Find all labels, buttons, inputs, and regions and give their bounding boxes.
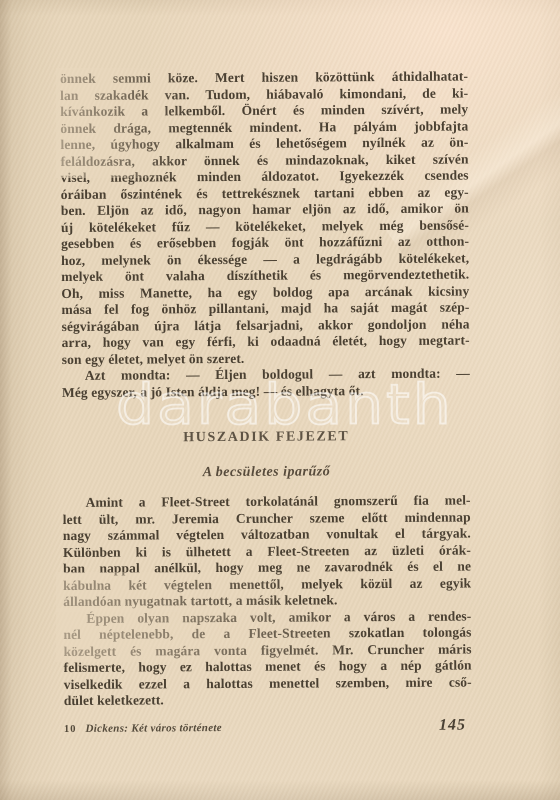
text-line: visel, meghoznék minden áldozatot. Igyek…	[61, 168, 469, 187]
text-line: kívánkozik a lelkemből. Önért és minden …	[60, 102, 468, 121]
page-number: 145	[439, 716, 466, 734]
text-line: melyek önt valaha díszíthetik és megörve…	[61, 267, 469, 286]
text-line: nagy számmal végtelen változatban vonult…	[63, 525, 471, 544]
text-line: gesebben és erősebben fogják önt hozzáfű…	[61, 234, 469, 253]
text-line: Amint a Fleet-Street torkolatánál gnomsz…	[63, 492, 471, 511]
chapter-heading: HUSZADIK FEJEZET	[62, 427, 470, 448]
text-line: Még egyszer, a jó Isten áldja meg! — és …	[62, 382, 470, 401]
text-line: arra, hogy van egy férfi, ki odaadná éle…	[62, 333, 470, 352]
page-footer: 10 Dickens: Két város története 145	[64, 716, 472, 736]
text-line: Azt mondta: — Éljen boldogul — azt mondt…	[62, 366, 470, 385]
text-line: dület keletkezett.	[64, 690, 472, 709]
text-line: ban nappal anélkül, hogy meg ne zavarodn…	[63, 558, 471, 577]
footer-left: 10 Dickens: Két város története	[64, 722, 222, 735]
page-text-block: önnek semmi köze. Mert hiszen közöttünk …	[60, 69, 472, 737]
text-line: nél néptelenebb, de a Fleet-Streeten szo…	[63, 624, 471, 643]
book-page-scan: önnek semmi köze. Mert hiszen közöttünk …	[0, 0, 560, 800]
text-line: lenne, úgyhogy alkalmam és lehetőségem n…	[60, 135, 468, 154]
text-line: felismerte, hogy ez halottas menet és ho…	[64, 657, 472, 676]
book-title: Dickens: Két város története	[85, 722, 221, 735]
text-line: ben. Eljön az idő, nagyon hamar eljön az…	[61, 201, 469, 220]
text-line: viselkedik ezzel a halottas menettel sze…	[64, 674, 472, 693]
signature-number: 10	[64, 723, 77, 734]
text-line: mása fel fog önhöz pillantani, majd ha s…	[61, 300, 469, 319]
text-line: önnek semmi köze. Mert hiszen közöttünk …	[60, 69, 468, 88]
chapter-subtitle: A becsületes iparűző	[62, 462, 470, 483]
text-line: kábulna két végtelen menettől, melyek kö…	[63, 575, 471, 594]
